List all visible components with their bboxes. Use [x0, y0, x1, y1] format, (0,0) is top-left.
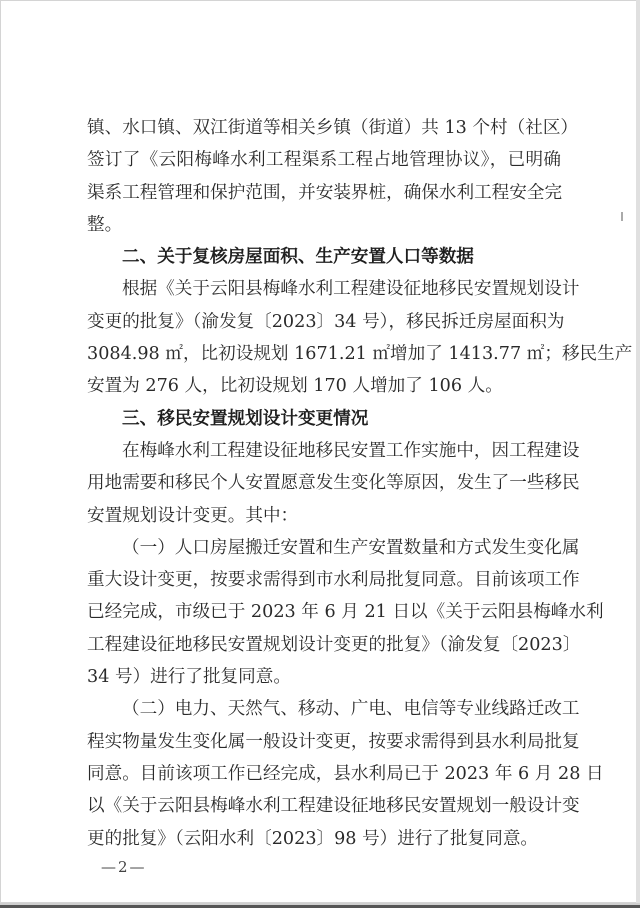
section-heading-2: 二、关于复核房屋面积、生产安置人口等数据 [87, 241, 561, 273]
text-line: 签订了《云阳梅峰水利工程渠系工程占地管理协议》，已明确 [87, 144, 561, 176]
text-line: 在梅峰水利工程建设征地移民安置工作实施中，因工程建设 [87, 435, 561, 467]
text-line: 镇、水口镇、双江街道等相关乡镇（街道）共 13 个村（社区） [87, 112, 561, 144]
text-line: （二）电力、天然气、移动、广电、电信等专业线路迁改工 [87, 693, 561, 725]
text-line: 3084.98 ㎡，比初设规划 1671.21 ㎡增加了 1413.77 ㎡；移… [87, 338, 561, 370]
text-line: 渠系工程管理和保护范围，并安装界桩，确保水利工程安全完 [87, 177, 561, 209]
text-line: 已经完成，市级已于 2023 年 6 月 21 日以《关于云阳县梅峰水利 [87, 596, 561, 628]
text-line: 工程建设征地移民安置规划设计变更的批复》（渝发复〔2023〕 [87, 629, 561, 661]
text-line: 用地需要和移民个人安置愿意发生变化等原因，发生了一些移民 [87, 467, 561, 499]
document-page: 镇、水口镇、双江街道等相关乡镇（街道）共 13 个村（社区） 签订了《云阳梅峰水… [0, 0, 638, 903]
text-line: 变更的批复》（渝发复〔2023〕34 号），移民拆迁房屋面积为 [87, 306, 561, 338]
text-line: 根据《关于云阳县梅峰水利工程建设征地移民安置规划设计 [87, 273, 561, 305]
text-line: 34 号）进行了批复同意。 [87, 661, 561, 693]
text-line: （一）人口房屋搬迁安置和生产安置数量和方式发生变化属 [87, 532, 561, 564]
section-heading-3: 三、移民安置规划设计变更情况 [87, 403, 561, 435]
text-line: 整。 [87, 209, 561, 241]
page-edge-shadow [636, 0, 640, 908]
document-body: 镇、水口镇、双江街道等相关乡镇（街道）共 13 个村（社区） 签订了《云阳梅峰水… [87, 112, 561, 855]
text-line: 安置为 276 人，比初设规划 170 人增加了 106 人。 [87, 370, 561, 402]
text-line: 同意。目前该项工作已经完成，县水利局已于 2023 年 6 月 28 日 [87, 758, 561, 790]
page-number: —2— [101, 858, 147, 876]
text-line: 以《关于云阳县梅峰水利工程建设征地移民安置规划一般设计变 [87, 790, 561, 822]
text-line: 重大设计变更，按要求需得到市水利局批复同意。目前该项工作 [87, 564, 561, 596]
scan-artifact [621, 212, 623, 221]
text-line: 程实物量发生变化属一般设计变更，按要求需得到县水利局批复 [87, 726, 561, 758]
text-line: 更的批复》（云阳水利〔2023〕98 号）进行了批复同意。 [87, 823, 561, 855]
text-line: 安置规划设计变更。其中： [87, 500, 561, 532]
